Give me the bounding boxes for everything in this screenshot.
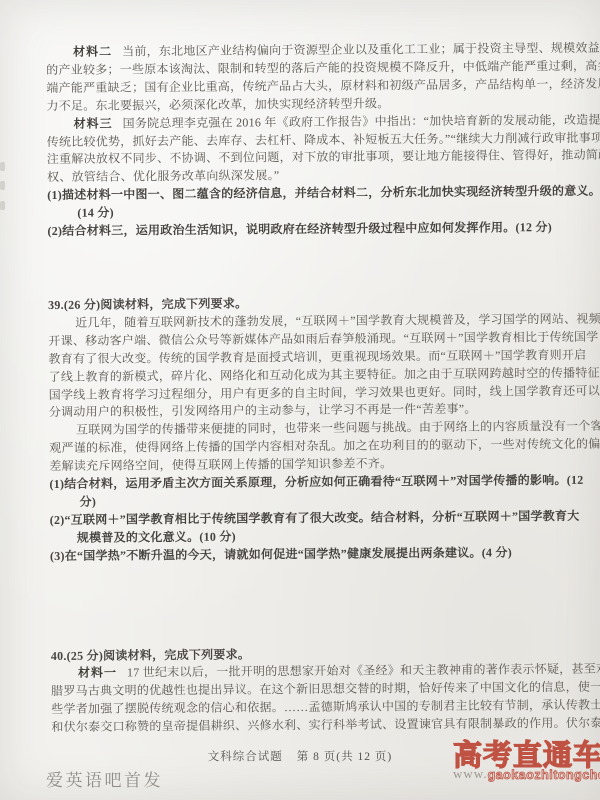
scanned-exam-page: 材料二当前，东北地区产业结构偏向于资源型企业以及重化工工业；属于投资主导型、规模… (0, 0, 600, 800)
material2-text: 当前，东北地区产业结构偏向于资源型企业以及重化工工业；属于投资主导型、规模效益型 (122, 41, 600, 59)
material3-label: 材料三 (74, 116, 113, 130)
footer-page-info: 第 8 页(共 12 页) (297, 751, 392, 763)
left-watermark: 爱英语吧首发 (46, 766, 163, 791)
material1-text: 17 世纪末以后，一批开明的思想家开始对《圣经》和天主教神甫的著作表示怀疑，甚至… (127, 662, 600, 680)
footer-doc-title: 文科综合试题 (208, 751, 283, 763)
watermark-url-row: www.gaokaozhitongche.com (453, 767, 600, 783)
watermark-url: gaokaozhitongche.com (488, 768, 600, 782)
binding-edge-mark (0, 181, 5, 190)
material1-label: 材料一 (78, 666, 117, 680)
material1-line: 和伏尔泰交口称赞的皇帝提倡耕织、兴修水利、实行科举考试、设置谏官具有限制暴政的作… (51, 715, 600, 737)
right-watermark: 高考直通车 www.gaokaozhitongche.com (453, 742, 600, 783)
material2-label: 材料二 (73, 44, 112, 58)
watermark-www: www. (453, 766, 488, 781)
binding-edge-mark (0, 201, 5, 210)
binding-edge-mark (0, 162, 5, 171)
exam-text-block: 材料二当前，东北地区产业结构偏向于资源型企业以及重化工工业；属于投资主导型、规模… (46, 40, 600, 737)
question-part-2: (2)结合材料三，运用政治生活知识，说明政府在经济转型升级过程中应如何发挥作用。… (47, 219, 599, 241)
q39-part-3: (3)在“国学热”不断升温的今天，请就如何促进“国学热”健康发展提出两条建议。(… (50, 543, 600, 565)
material3-text: 国务院总理李克强在 2016 年《政府工作报告》中指出：“加快培育新的发展动能，… (123, 112, 600, 130)
